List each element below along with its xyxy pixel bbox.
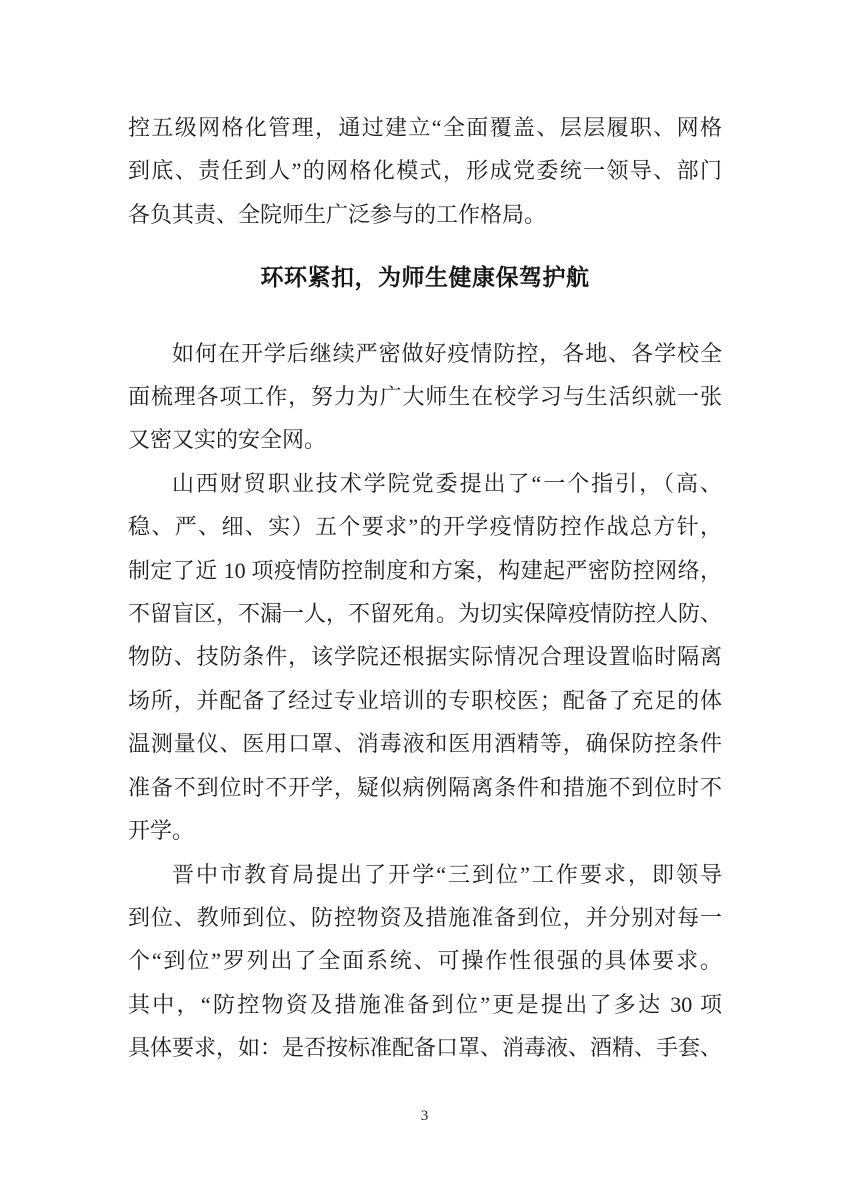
paragraph: 晋中市教育局提出了开学“三到位”工作要求，即领导到位、教师到位、防控物资及措施准… [128,853,722,1070]
text-line: 到底、责任到人”的网格化模式，形成党委统一领导、部门 [128,149,722,192]
text-line: 场所，并配备了经过专业培训的专职校医；配备了充足的体 [128,679,722,722]
text-line: 开学。 [128,809,722,852]
text-line: 面梳理各项工作，努力为广大师生在校学习与生活织就一张 [128,375,722,418]
text-line: 又密又实的安全网。 [128,418,722,461]
document-page: 控五级网格化管理，通过建立“全面覆盖、层层履职、网格到底、责任到人”的网格化模式… [0,0,849,1200]
text-line: 到位、教师到位、防控物资及措施准备到位，并分别对每一 [128,896,722,939]
page-number: 3 [421,1108,429,1124]
text-line: 各负其责、全院师生广泛参与的工作格局。 [128,193,722,236]
text-line: 晋中市教育局提出了开学“三到位”工作要求，即领导 [128,853,722,896]
text-line: 不留盲区，不漏一人，不留死角。为切实保障疫情防控人防、 [128,592,722,635]
text-line: 其中，“防控物资及措施准备到位”更是提出了多达 30 项 [128,983,722,1026]
text-line: 准备不到位时不开学，疑似病例隔离条件和措施不到位时不 [128,766,722,809]
section-heading: 环环紧扣，为师生健康保驾护航 [128,256,722,299]
paragraph: 如何在开学后继续严密做好疫情防控，各地、各学校全面梳理各项工作，努力为广大师生在… [128,332,722,462]
text-line: 稳、严、细、实）五个要求”的开学疫情防控作战总方针， [128,505,722,548]
text-line: 如何在开学后继续严密做好疫情防控，各地、各学校全 [128,332,722,375]
text-line: 具体要求，如：是否按标准配备口罩、消毒液、酒精、手套、 [128,1026,722,1069]
text-line: 山西财贸职业技术学院党委提出了“一个指引，（高、 [128,462,722,505]
text-line: 个“到位”罗列出了全面系统、可操作性很强的具体要求。 [128,939,722,982]
paragraph: 山西财贸职业技术学院党委提出了“一个指引，（高、稳、严、细、实）五个要求”的开学… [128,462,722,853]
text-line: 制定了近 10 项疫情防控制度和方案，构建起严密防控网络， [128,549,722,592]
paragraph: 控五级网格化管理，通过建立“全面覆盖、层层履职、网格到底、责任到人”的网格化模式… [128,106,722,236]
text-line: 温测量仪、医用口罩、消毒液和医用酒精等，确保防控条件 [128,722,722,765]
page-footer: 3 [0,1108,849,1125]
text-line: 控五级网格化管理，通过建立“全面覆盖、层层履职、网格 [128,106,722,149]
document-text-block: 控五级网格化管理，通过建立“全面覆盖、层层履职、网格到底、责任到人”的网格化模式… [128,106,722,1070]
text-line: 物防、技防条件，该学院还根据实际情况合理设置临时隔离 [128,635,722,678]
